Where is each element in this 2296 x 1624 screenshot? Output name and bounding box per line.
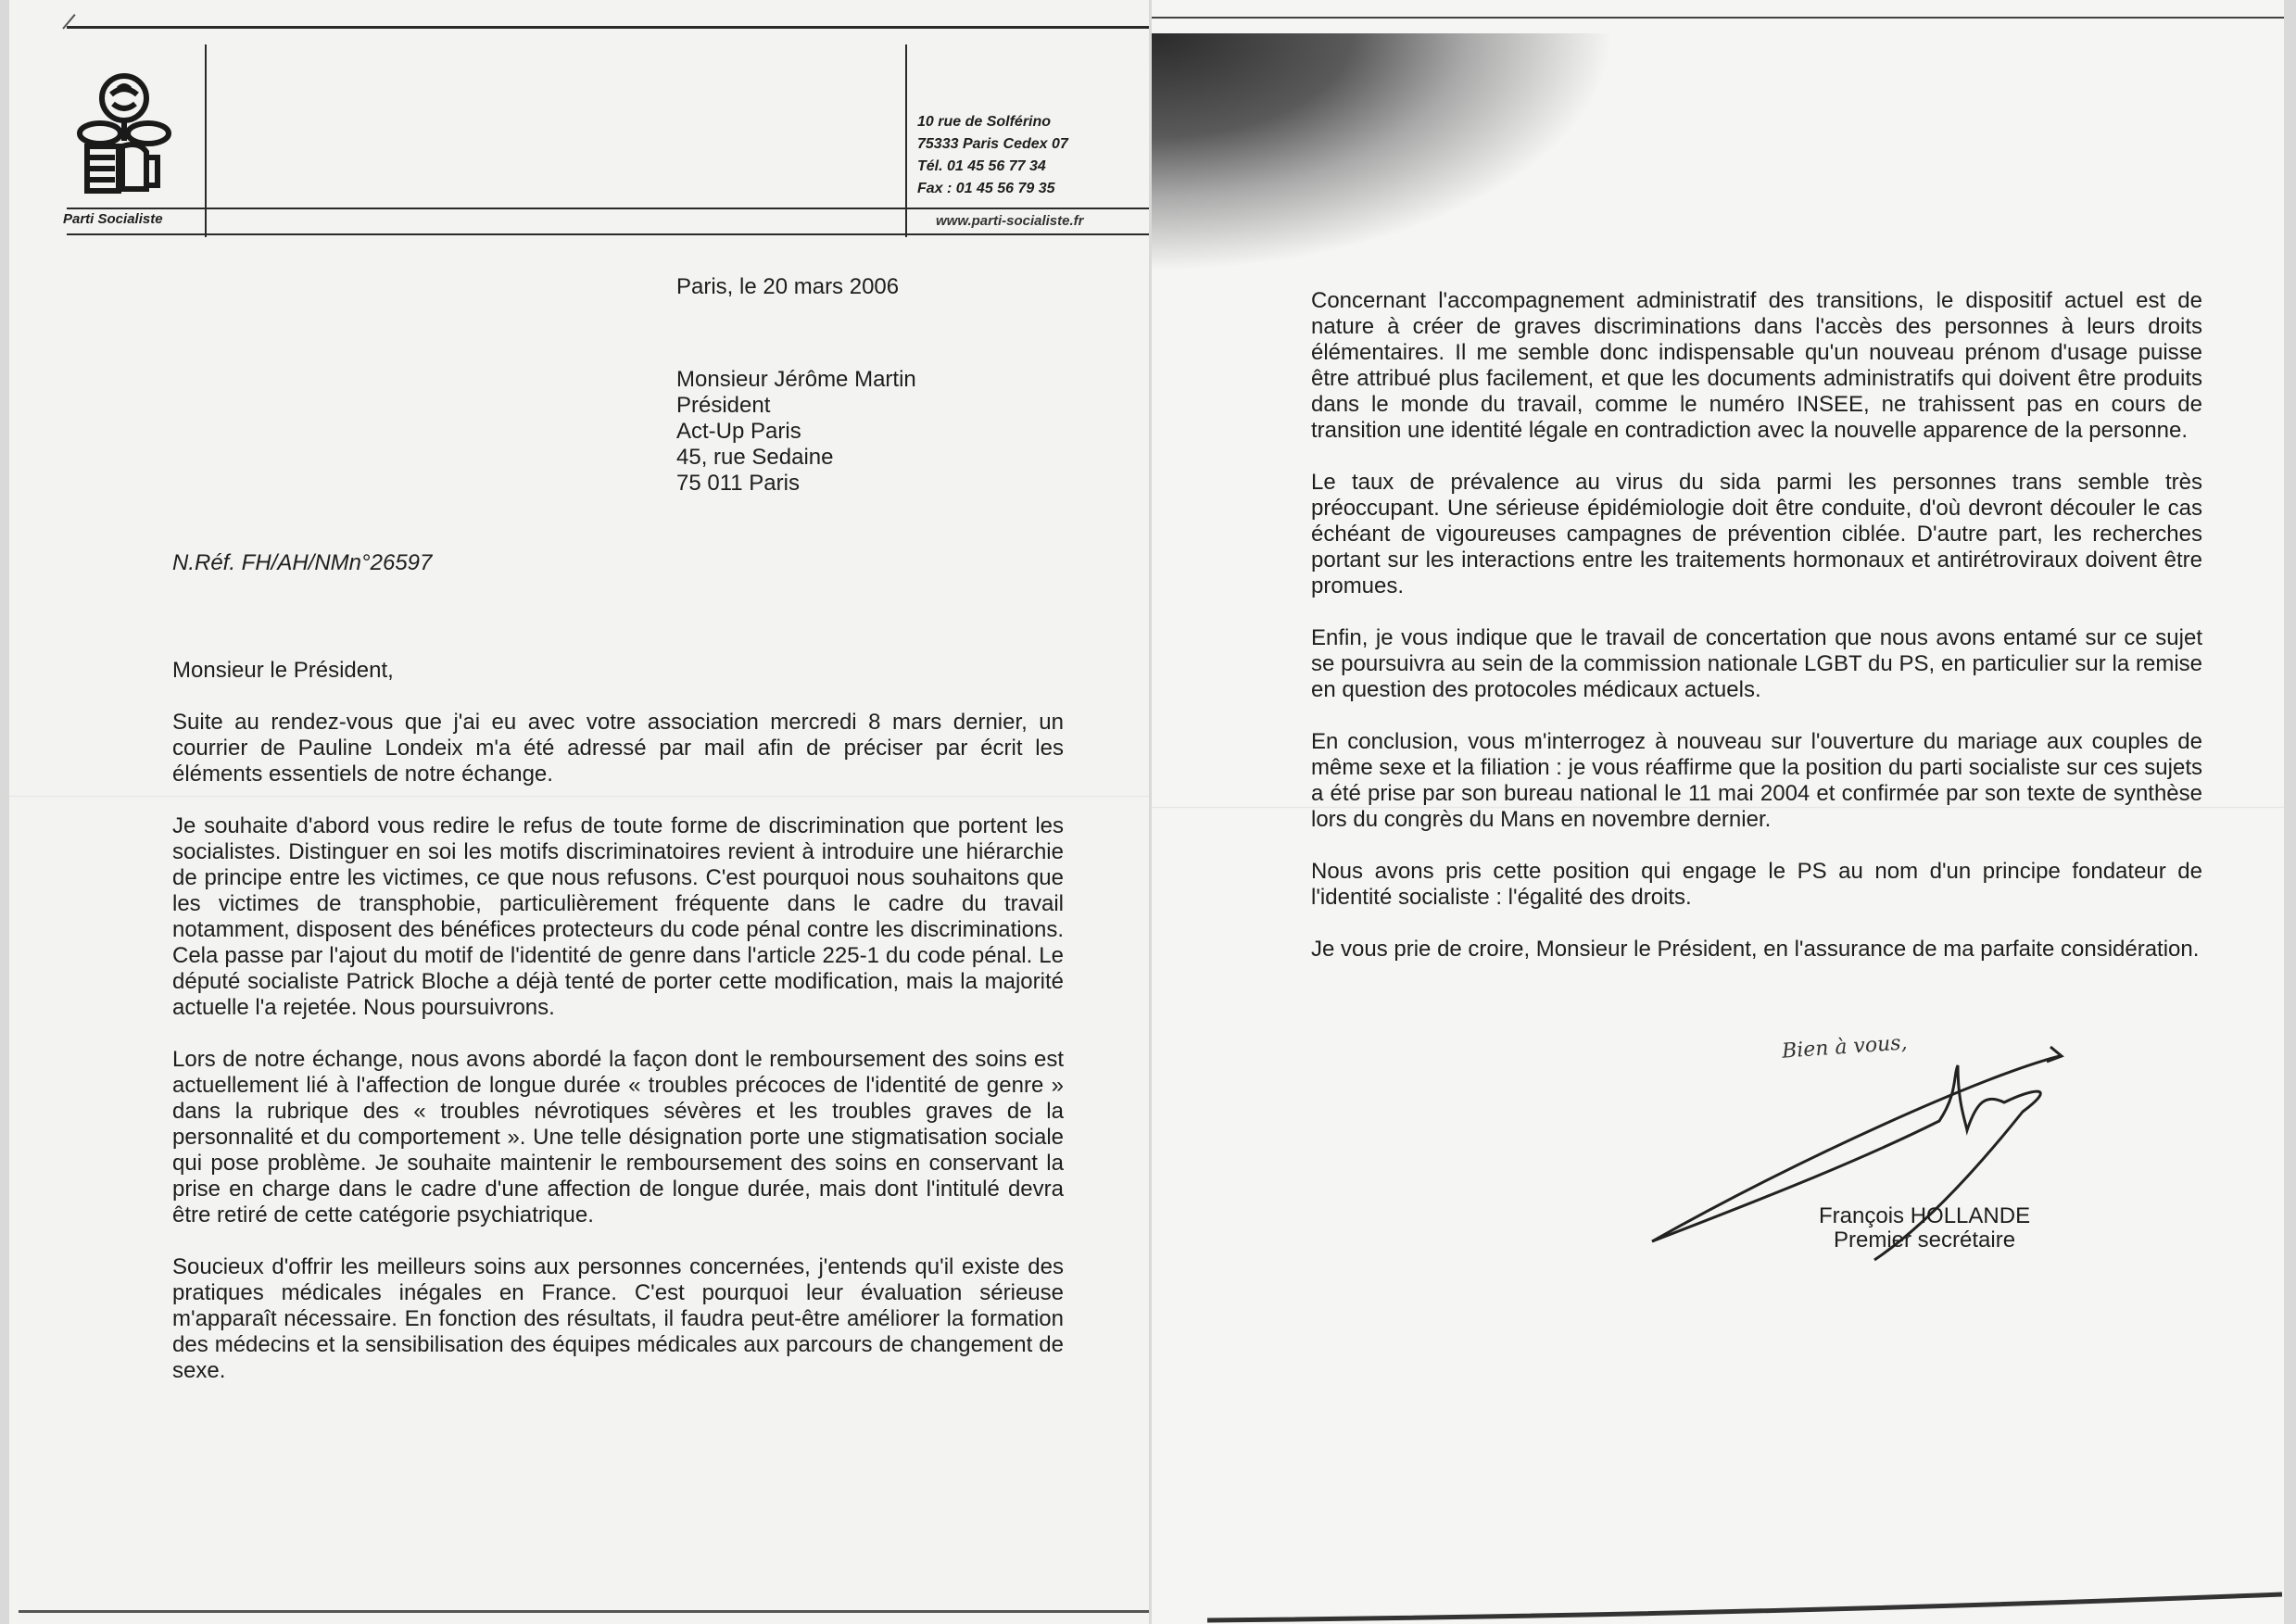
paragraph: En conclusion, vous m'interrogez à nouve…: [1311, 729, 2202, 833]
address-fax: Fax : 01 45 56 79 35: [917, 178, 1068, 200]
letterhead-bottom-rule: [67, 233, 1149, 235]
letter-page-2: Concernant l'accompagnement administrati…: [1152, 0, 2284, 1624]
page-top-edge: [1152, 17, 2284, 19]
fold-crease: [1152, 806, 2284, 809]
signature-icon: [1634, 1019, 2097, 1297]
paragraph: Suite au rendez-vous que j'ai eu avec vo…: [172, 710, 1064, 787]
letter-page-1: Parti Socialiste 10 rue de Solférino 753…: [9, 0, 1149, 1624]
party-name: Parti Socialiste: [63, 211, 163, 227]
letterhead-top-rule: [67, 26, 1149, 29]
corner-fold-shadow: [1152, 33, 1708, 274]
paragraph: Je souhaite d'abord vous redire le refus…: [172, 813, 1064, 1021]
signatory-name: François HOLLANDE: [1819, 1204, 2030, 1228]
address-street: 10 rue de Solférino: [917, 111, 1068, 133]
paragraph: Concernant l'accompagnement administrati…: [1311, 288, 2202, 444]
paragraph: Enfin, je vous indique que le travail de…: [1311, 625, 2202, 703]
paragraph: Le taux de prévalence au virus du sida p…: [1311, 470, 2202, 599]
letter-date: Paris, le 20 mars 2006: [676, 274, 899, 300]
salutation: Monsieur le Président,: [172, 658, 394, 684]
fold-crease: [9, 795, 1149, 798]
address-city: 75333 Paris Cedex 07: [917, 133, 1068, 156]
paragraph: Nous avons pris cette position qui engag…: [1311, 859, 2202, 911]
letter-body-page1: Suite au rendez-vous que j'ai eu avec vo…: [172, 710, 1064, 1410]
reference-number: N.Réf. FH/AH/NMn°26597: [172, 550, 432, 576]
signatory-title: Premier secrétaire: [1819, 1228, 2030, 1253]
address-phone: Tél. 01 45 56 77 34: [917, 156, 1068, 178]
recipient-name: Monsieur Jérôme Martin: [676, 367, 916, 393]
paragraph: Je vous prie de croire, Monsieur le Prés…: [1311, 937, 2202, 963]
website-link[interactable]: www.parti-socialiste.fr: [936, 213, 1084, 229]
letter-body-page2: Concernant l'accompagnement administrati…: [1311, 288, 2202, 988]
paragraph: Lors de notre échange, nous avons abordé…: [172, 1047, 1064, 1228]
recipient-organization: Act-Up Paris: [676, 419, 916, 445]
paragraph: Soucieux d'offrir les meilleurs soins au…: [172, 1254, 1064, 1384]
page-bottom-edge: [1207, 1589, 2282, 1624]
letterhead-address: 10 rue de Solférino 75333 Paris Cedex 07…: [917, 111, 1068, 200]
recipient-address: Monsieur Jérôme Martin Président Act-Up …: [676, 367, 916, 497]
recipient-street: 45, rue Sedaine: [676, 445, 916, 471]
page-bottom-edge: [19, 1610, 1149, 1613]
signatory: François HOLLANDE Premier secrétaire: [1819, 1204, 2030, 1253]
rose-fist-icon: [67, 67, 182, 195]
letterhead-mid-rule: [67, 208, 1149, 209]
recipient-title: Président: [676, 393, 916, 419]
recipient-city: 75 011 Paris: [676, 471, 916, 497]
